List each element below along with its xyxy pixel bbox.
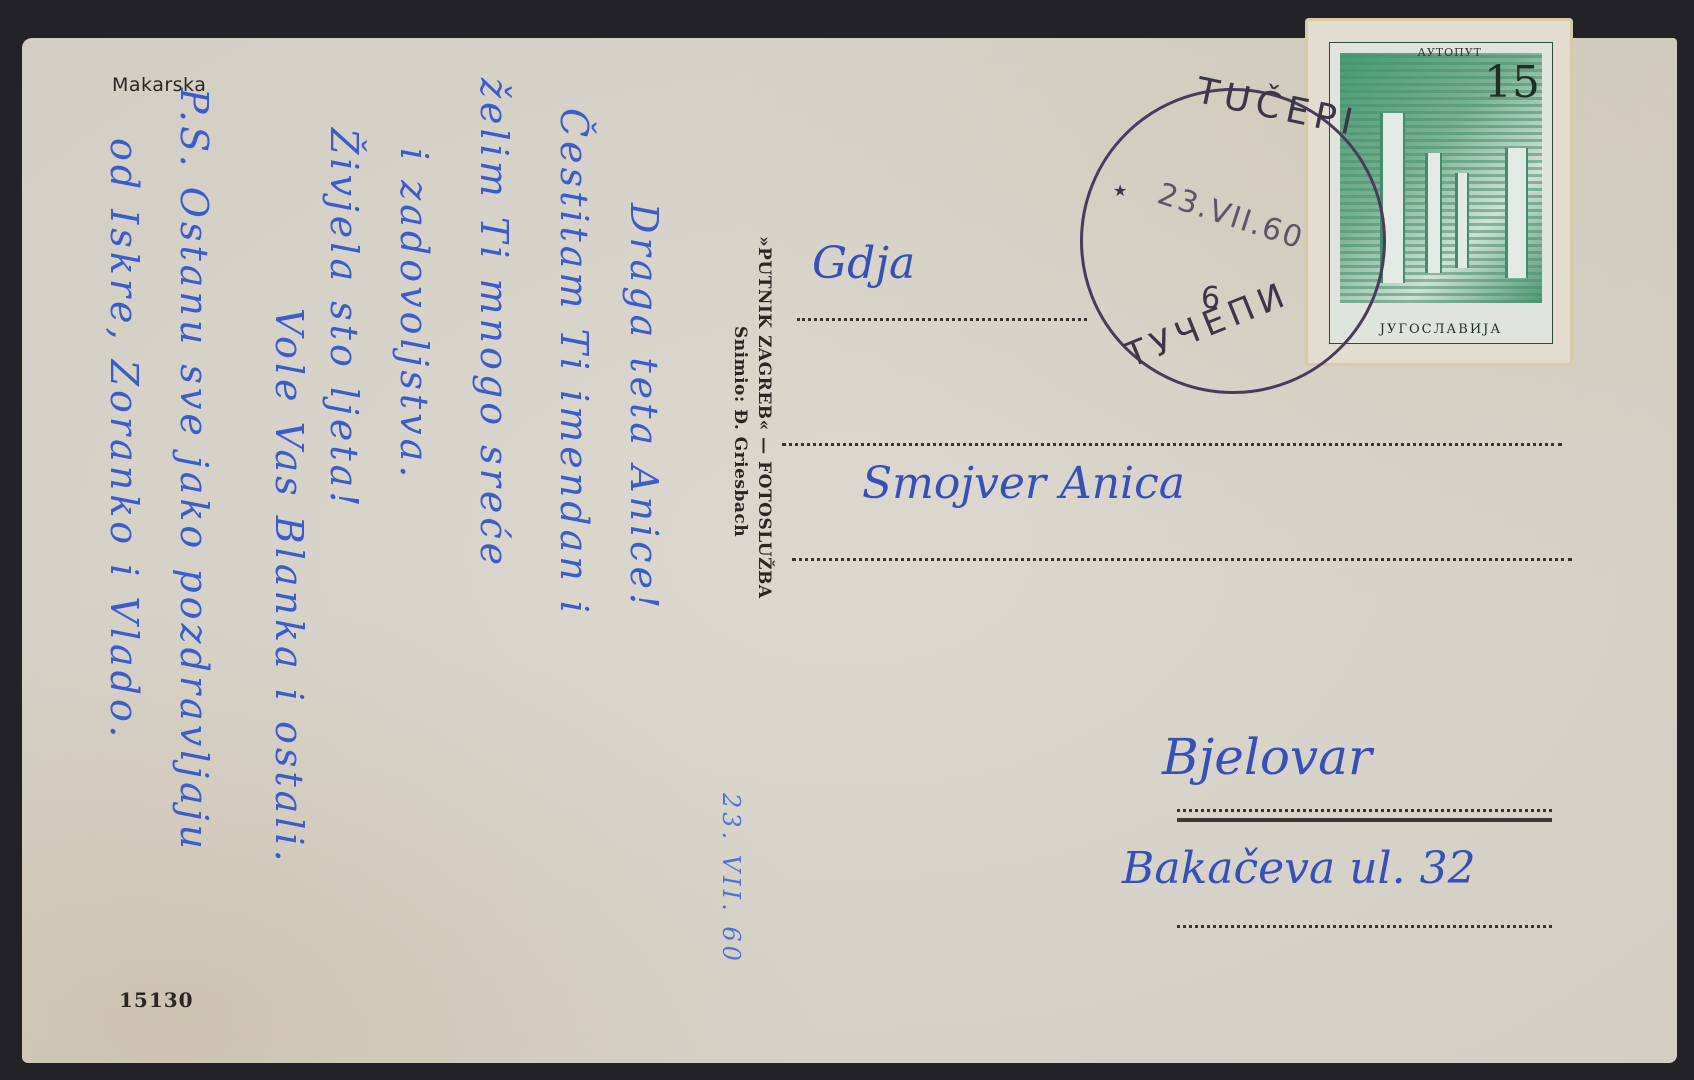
- message-line-1: Draga teta Anice!: [622, 203, 666, 612]
- address-city: Bjelovar: [1162, 728, 1372, 786]
- publisher-line: »PUTNIK ZAGREB« — FOTOSLUŽBA: [754, 236, 774, 599]
- message-line-4: i zadovoljstva.: [392, 148, 436, 481]
- address-dotted-line-3: [792, 558, 1572, 561]
- stamp-frame: АУТОПУТ 15 ЈУГОСЛАВИЈА: [1329, 42, 1553, 344]
- stamp-caption: АУТОПУТ: [1417, 46, 1482, 59]
- message-line-7: P.S. Ostanu sve jako pozdravljaju: [172, 88, 216, 853]
- postage-stamp: АУТОПУТ 15 ЈУГОСЛАВИЈА: [1305, 18, 1573, 366]
- message-line-6: Vole Vas Blanka i ostali.: [267, 308, 311, 866]
- message-line-2: Čestitam Ti imendan i: [552, 108, 596, 617]
- message-date: 23. VII. 60: [717, 793, 745, 965]
- message-line-8: od Iskre, Zoranko i Vlado.: [102, 138, 146, 741]
- message-line-3: želim Ti mnogo sreće: [472, 78, 516, 569]
- stamp-country: ЈУГОСЛАВИЈА: [1330, 322, 1552, 337]
- stamp-value: 15: [1484, 57, 1540, 108]
- message-line-5: Živjela sto ljeta!: [322, 128, 366, 511]
- address-recipient: Smojver Anica: [862, 458, 1185, 509]
- card-number: 15130: [119, 988, 194, 1012]
- address-dotted-line-5: [1177, 925, 1552, 928]
- address-dotted-line-4: [1177, 809, 1552, 812]
- address-underline: [1177, 818, 1552, 822]
- address-salutation: Gdja: [812, 238, 915, 289]
- photographer-line: Snimio: Đ. Griesbach: [730, 326, 750, 537]
- address-street: Bakačeva ul. 32: [1122, 843, 1476, 894]
- address-dotted-line-1: [797, 318, 1087, 321]
- address-dotted-line-2: [782, 443, 1562, 446]
